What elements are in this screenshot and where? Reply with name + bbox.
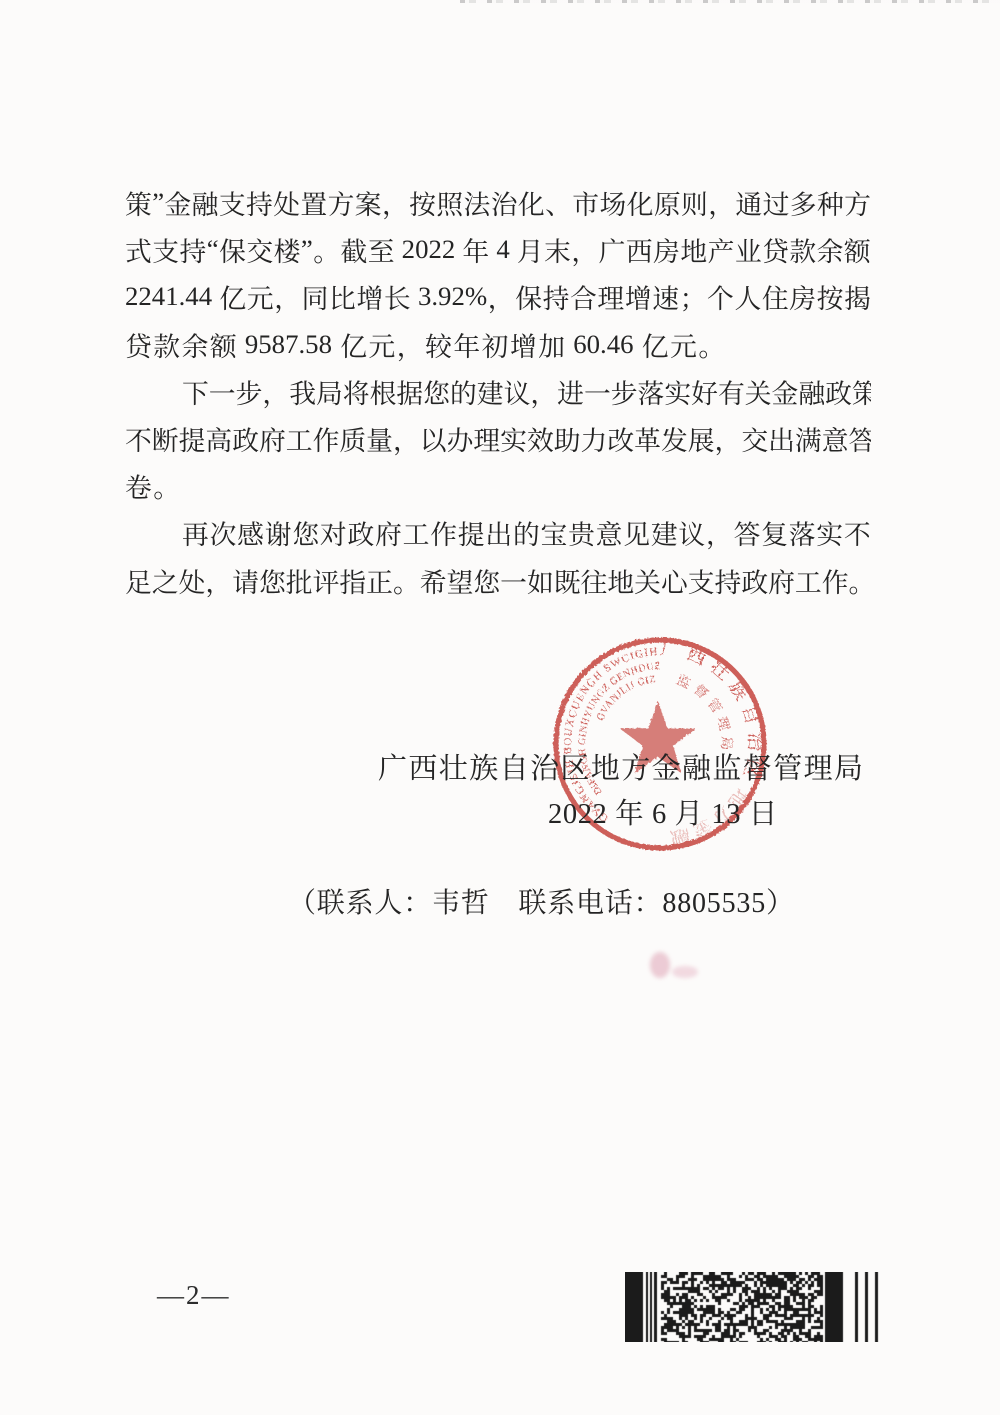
contact-line: （联系人：韦哲 联系电话：8805535） xyxy=(288,886,795,922)
document-page: 策”金融支持处置方案，按照法治化、市场化原则，通过多种方式支持“保交楼”。截至 … xyxy=(0,0,1000,1415)
body-text: 策”金融支持处置方案，按照法治化、市场化原则，通过多种方式支持“保交楼”。截至 … xyxy=(125,179,871,604)
signature-agency: 广西壮族自治区地方金融监督管理局 xyxy=(378,752,864,786)
body-line: 再次感谢您对政府工作提出的宝贵意见建议，答复落实不 xyxy=(125,509,871,556)
body-line: 不断提高政府工作质量，以办理实效助力改革发展，交出满意答 xyxy=(125,415,871,462)
body-line: 策”金融支持处置方案，按照法治化、市场化原则，通过多种方 xyxy=(125,179,871,226)
scan-edge-artifact xyxy=(460,0,1000,3)
body-line: 足之处，请您批评指正。希望您一如既往地关心支持政府工作。 xyxy=(125,557,871,604)
body-line: 下一步，我局将根据您的建议，进一步落实好有关金融政策， xyxy=(125,368,871,415)
page-number: —2— xyxy=(157,1280,231,1311)
body-line: 式支持“保交楼”。截至 2022 年 4 月末，广西房地产业贷款余额 xyxy=(125,226,871,273)
barcode xyxy=(625,1272,879,1342)
body-line: 贷款余额 9587.58 亿元，较年初增加 60.46 亿元。 xyxy=(125,321,871,368)
signature-date: 2022 年 6 月 13 日 xyxy=(548,798,778,832)
ink-smudge xyxy=(648,950,700,984)
body-line: 2241.44 亿元，同比增长 3.92%，保持合理增速；个人住房按揭 xyxy=(125,273,871,320)
body-line: 卷。 xyxy=(125,462,871,509)
